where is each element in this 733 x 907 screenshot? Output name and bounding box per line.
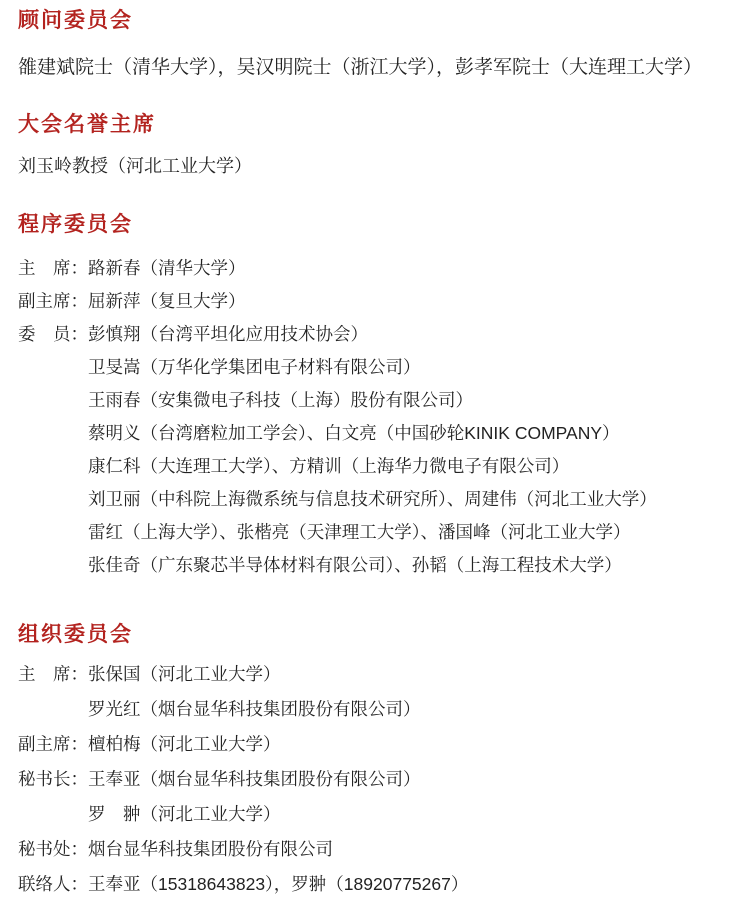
row-text: 康仁科（大连理工大学）、方精训（上海华力微电子有限公司） [88, 450, 729, 483]
committee-row: 张佳奇（广东聚芯半导体材料有限公司）、孙韬（上海工程技术大学） [18, 549, 729, 582]
document: 顾问委员会 雒建斌院士（清华大学），吴汉明院士（浙江大学），彭孝军院士（大连理工… [0, 0, 733, 902]
advisory-members-line: 雒建斌院士（清华大学），吴汉明院士（浙江大学），彭孝军院士（大连理工大学） [18, 56, 729, 80]
row-text: 王雨春（安集微电子科技（上海）股份有限公司） [88, 384, 729, 417]
row-text: 张佳奇（广东聚芯半导体材料有限公司）、孙韬（上海工程技术大学） [88, 549, 729, 582]
committee-row: 副主席： 檀柏梅（河北工业大学） [18, 727, 729, 762]
row-text: 雷红（上海大学）、张楷亮（天津理工大学）、潘国峰（河北工业大学） [88, 516, 729, 549]
row-label: 联络人： [18, 867, 88, 902]
organizing-committee-rows: 主 席： 张保国（河北工业大学） 罗光红（烟台显华科技集团股份有限公司） 副主席… [18, 657, 729, 902]
row-text: 卫旻嵩（万华化学集团电子材料有限公司） [88, 351, 729, 384]
row-text: 罗 翀（河北工业大学） [88, 797, 729, 832]
committee-row: 副主席： 屈新萍（复旦大学） [18, 285, 729, 318]
committee-row: 委 员： 彭慎翔（台湾平坦化应用技术协会） [18, 318, 729, 351]
row-text: 罗光红（烟台显华科技集团股份有限公司） [88, 692, 729, 727]
row-label: 主 席： [18, 252, 88, 285]
row-text: 檀柏梅（河北工业大学） [88, 727, 729, 762]
row-text: 蔡明义（台湾磨粒加工学会）、白文亮（中国砂轮KINIK COMPANY） [88, 417, 729, 450]
honorary-chairman-heading: 大会名誉主席 [18, 112, 729, 138]
row-label: 副主席： [18, 285, 88, 318]
section-advisory-committee: 顾问委员会 雒建斌院士（清华大学），吴汉明院士（浙江大学），彭孝军院士（大连理工… [18, 8, 729, 80]
row-text: 彭慎翔（台湾平坦化应用技术协会） [88, 318, 729, 351]
committee-row: 卫旻嵩（万华化学集团电子材料有限公司） [18, 351, 729, 384]
row-text: 王奉亚（15318643823），罗翀（18920775267） [88, 867, 729, 902]
row-text: 刘卫丽（中科院上海微系统与信息技术研究所）、周建伟（河北工业大学） [88, 483, 729, 516]
committee-row: 王雨春（安集微电子科技（上海）股份有限公司） [18, 384, 729, 417]
section-honorary-chairman: 大会名誉主席 刘玉岭教授（河北工业大学） [18, 112, 729, 178]
organizing-committee-heading: 组织委员会 [18, 622, 729, 648]
section-program-committee: 程序委员会 主 席： 路新春（清华大学） 副主席： 屈新萍（复旦大学） 委 员：… [18, 212, 729, 582]
committee-row: 秘书处： 烟台显华科技集团股份有限公司 [18, 832, 729, 867]
row-label: 秘书长： [18, 762, 88, 797]
section-organizing-committee: 组织委员会 主 席： 张保国（河北工业大学） 罗光红（烟台显华科技集团股份有限公… [18, 622, 729, 902]
row-text: 屈新萍（复旦大学） [88, 285, 729, 318]
committee-row: 康仁科（大连理工大学）、方精训（上海华力微电子有限公司） [18, 450, 729, 483]
committee-row: 联络人： 王奉亚（15318643823），罗翀（18920775267） [18, 867, 729, 902]
advisory-committee-heading: 顾问委员会 [18, 8, 729, 34]
honorary-chairman-line: 刘玉岭教授（河北工业大学） [18, 154, 729, 178]
committee-row: 刘卫丽（中科院上海微系统与信息技术研究所）、周建伟（河北工业大学） [18, 483, 729, 516]
row-label: 主 席： [18, 657, 88, 692]
committee-row: 罗 翀（河北工业大学） [18, 797, 729, 832]
row-label: 副主席： [18, 727, 88, 762]
committee-row: 雷红（上海大学）、张楷亮（天津理工大学）、潘国峰（河北工业大学） [18, 516, 729, 549]
committee-row: 蔡明义（台湾磨粒加工学会）、白文亮（中国砂轮KINIK COMPANY） [18, 417, 729, 450]
row-text: 烟台显华科技集团股份有限公司 [88, 832, 729, 867]
row-text: 王奉亚（烟台显华科技集团股份有限公司） [88, 762, 729, 797]
row-text: 张保国（河北工业大学） [88, 657, 729, 692]
program-committee-heading: 程序委员会 [18, 212, 729, 238]
program-committee-rows: 主 席： 路新春（清华大学） 副主席： 屈新萍（复旦大学） 委 员： 彭慎翔（台… [18, 252, 729, 582]
committee-row: 主 席： 路新春（清华大学） [18, 252, 729, 285]
committee-row: 罗光红（烟台显华科技集团股份有限公司） [18, 692, 729, 727]
committee-row: 主 席： 张保国（河北工业大学） [18, 657, 729, 692]
row-label: 委 员： [18, 318, 88, 351]
row-text: 路新春（清华大学） [88, 252, 729, 285]
committee-row: 秘书长： 王奉亚（烟台显华科技集团股份有限公司） [18, 762, 729, 797]
row-label: 秘书处： [18, 832, 88, 867]
